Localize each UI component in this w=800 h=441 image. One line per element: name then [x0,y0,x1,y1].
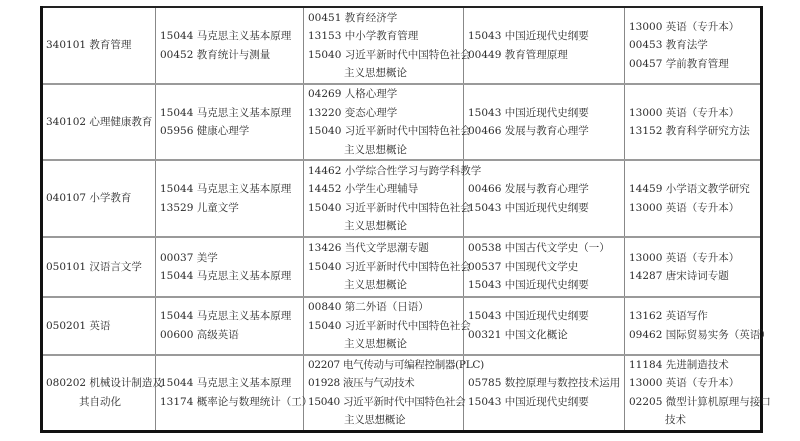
course: 00538 中国古代文学史（一） [468,239,620,258]
table-row-080202: 080202 机械设计制造及其自动化 15044 马克思主义基本原理13174 … [42,355,762,432]
course-cell: 04269 人格心理学13220 变态心理学15040 习近平新时代中国特色社会… [304,84,464,160]
course: 15040 习近平新时代中国特色社会 [308,317,459,336]
course: 00451 教育经济学 [308,9,459,28]
course: 09462 国际贸易实务（英语） [629,326,756,345]
course: 15040 习近平新时代中国特色社会 [308,122,459,141]
course: 05785 数控原理与数控技术运用 [468,374,620,393]
course: 15040 习近平新时代中国特色社会 [308,393,459,412]
course: 00037 美学 [160,249,299,268]
course-cell: 05785 数控原理与数控技术运用15043 中国近现代史纲要 [464,355,625,432]
table-row-340101: 340101 教育管理 15044 马克思主义基本原理00452 教育统计与测量… [42,7,762,84]
course-continuation: 主义思想概论 [308,141,459,160]
course: 13000 英语（专升本） [629,104,756,123]
course: 15040 习近平新时代中国特色社会 [308,199,459,218]
course: 00449 教育管理原理 [468,46,620,65]
course: 11184 先进制造技术 [629,356,756,375]
exam-course-table: 340101 教育管理 15044 马克思主义基本原理00452 教育统计与测量… [40,6,763,433]
course-cell: 15044 马克思主义基本原理00600 高级英语 [156,297,304,355]
course: 15043 中国近现代史纲要 [468,27,620,46]
course-cell: 13000 英语（专升本）13152 教育科学研究方法 [625,84,762,160]
course: 15043 中国近现代史纲要 [468,276,620,295]
course: 15044 马克思主义基本原理 [160,307,299,326]
course: 15043 中国近现代史纲要 [468,307,620,326]
course: 13000 英语（专升本） [629,18,756,37]
course: 14462 小学综合性学习与跨学科教学 [308,162,459,181]
course-continuation: 主义思想概论 [308,411,459,430]
course: 00466 发展与教育心理学 [468,122,620,141]
major-label: 050101 汉语言文学 [46,258,151,277]
course: 13000 英语（专升本） [629,199,756,218]
major-cell: 050101 汉语言文学 [42,237,156,297]
course: 15040 习近平新时代中国特色社会 [308,258,459,277]
course: 15044 马克思主义基本原理 [160,267,299,286]
course: 15044 马克思主义基本原理 [160,374,299,393]
major-cell: 340101 教育管理 [42,7,156,84]
course-cell: 15043 中国近现代史纲要00449 教育管理原理 [464,7,625,84]
course: 13000 英语（专升本） [629,249,756,268]
major-cell: 050201 英语 [42,297,156,355]
course-cell: 00037 美学15044 马克思主义基本原理 [156,237,304,297]
table-row-040107: 040107 小学教育 15044 马克思主义基本原理13529 儿童文学 14… [42,160,762,237]
course: 00466 发展与教育心理学 [468,180,620,199]
course-cell: 00451 教育经济学13153 中小学教育管理15040 习近平新时代中国特色… [304,7,464,84]
major-cell: 040107 小学教育 [42,160,156,237]
course: 15044 马克思主义基本原理 [160,104,299,123]
course-continuation: 主义思想概论 [308,64,459,83]
major-cell: 080202 机械设计制造及其自动化 [42,355,156,432]
course: 00453 教育法学 [629,36,756,55]
course-continuation: 技术 [629,411,756,430]
course: 05956 健康心理学 [160,122,299,141]
course: 01928 液压与气动技术 [308,374,459,393]
course: 13426 当代文学思潮专题 [308,239,459,258]
course: 15043 中国近现代史纲要 [468,104,620,123]
course: 00457 学前教育管理 [629,55,756,74]
course: 02205 微型计算机原理与接口 [629,393,756,412]
major-label: 340101 教育管理 [46,36,151,55]
course: 00600 高级英语 [160,326,299,345]
course-cell: 15044 马克思主义基本原理00452 教育统计与测量 [156,7,304,84]
course-cell: 15044 马克思主义基本原理13174 概率论与数理统计（工） [156,355,304,432]
course-cell: 13000 英语（专升本）14287 唐宋诗词专题 [625,237,762,297]
course-cell: 00840 第二外语（日语）15040 习近平新时代中国特色社会主义思想概论 [304,297,464,355]
course: 00452 教育统计与测量 [160,46,299,65]
major-label: 340102 心理健康教育 [46,113,151,132]
major-label: 050201 英语 [46,317,151,336]
course-cell: 15043 中国近现代史纲要00466 发展与教育心理学 [464,84,625,160]
course-cell: 00538 中国古代文学史（一）00537 中国现代文学史15043 中国近现代… [464,237,625,297]
course: 15044 马克思主义基本原理 [160,27,299,46]
course-cell: 14459 小学语文教学研究13000 英语（专升本） [625,160,762,237]
course-cell: 14462 小学综合性学习与跨学科教学14452 小学生心理辅导15040 习近… [304,160,464,237]
course: 15043 中国近现代史纲要 [468,393,620,412]
course-continuation: 主义思想概论 [308,276,459,295]
course-cell: 13426 当代文学思潮专题15040 习近平新时代中国特色社会主义思想概论 [304,237,464,297]
course: 13529 儿童文学 [160,199,299,218]
course-cell: 13162 英语写作09462 国际贸易实务（英语） [625,297,762,355]
course: 13153 中小学教育管理 [308,27,459,46]
course: 15040 习近平新时代中国特色社会 [308,46,459,65]
course: 15044 马克思主义基本原理 [160,180,299,199]
table-row-050201: 050201 英语 15044 马克思主义基本原理00600 高级英语 0084… [42,297,762,355]
course-cell: 15043 中国近现代史纲要00321 中国文化概论 [464,297,625,355]
course: 13220 变态心理学 [308,104,459,123]
course-cell: 15044 马克思主义基本原理05956 健康心理学 [156,84,304,160]
course-continuation: 主义思想概论 [308,335,459,354]
course-cell: 11184 先进制造技术13000 英语（专升本）02205 微型计算机原理与接… [625,355,762,432]
course: 02207 电气传动与可编程控制器(PLC) [308,356,459,375]
course-cell: 15044 马克思主义基本原理13529 儿童文学 [156,160,304,237]
table-row-340102: 340102 心理健康教育 15044 马克思主义基本原理05956 健康心理学… [42,84,762,160]
course-cell: 02207 电气传动与可编程控制器(PLC)01928 液压与气动技术15040… [304,355,464,432]
course: 04269 人格心理学 [308,85,459,104]
course: 14459 小学语文教学研究 [629,180,756,199]
major-cell: 340102 心理健康教育 [42,84,156,160]
course-cell: 00466 发展与教育心理学15043 中国近现代史纲要 [464,160,625,237]
course: 13162 英语写作 [629,307,756,326]
course: 15043 中国近现代史纲要 [468,199,620,218]
table-row-050101: 050101 汉语言文学 00037 美学15044 马克思主义基本原理 134… [42,237,762,297]
course: 13152 教育科学研究方法 [629,122,756,141]
course: 14452 小学生心理辅导 [308,180,459,199]
course-continuation: 主义思想概论 [308,217,459,236]
major-label-continuation: 其自动化 [46,393,151,412]
course: 00537 中国现代文学史 [468,258,620,277]
course: 13174 概率论与数理统计（工） [160,393,299,412]
course: 00840 第二外语（日语） [308,298,459,317]
course: 14287 唐宋诗词专题 [629,267,756,286]
course-cell: 13000 英语（专升本）00453 教育法学00457 学前教育管理 [625,7,762,84]
major-label: 040107 小学教育 [46,189,151,208]
course: 00321 中国文化概论 [468,326,620,345]
course: 13000 英语（专升本） [629,374,756,393]
major-label: 080202 机械设计制造及 [46,374,151,393]
